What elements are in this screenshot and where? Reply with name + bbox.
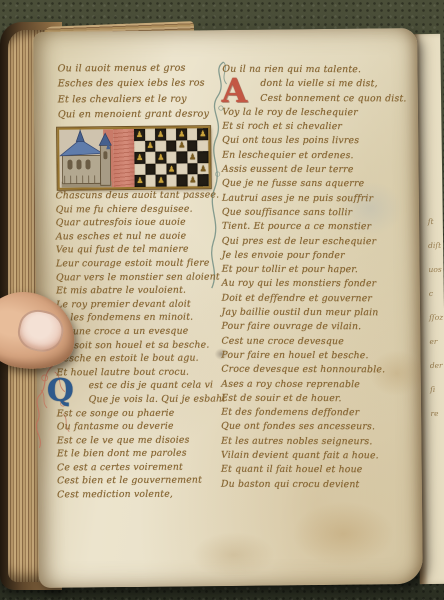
text-line: Qui ont tous les poins livres (222, 134, 420, 149)
board-square (166, 140, 177, 152)
board-square (145, 164, 156, 176)
text-line: Au roy qui les monstiers fonder (222, 277, 420, 292)
text-line: Que souffisance sans tollir (222, 206, 420, 221)
illuminated-initial-q: Q (47, 376, 74, 407)
chess-piece: ♟ (168, 165, 175, 173)
board-square (198, 140, 209, 152)
board-square: ♟ (156, 152, 167, 164)
board-square (177, 175, 188, 187)
text-line: Esches des quiex iebs les ros (58, 76, 230, 92)
text-line: Qui en menoient grant desroy (58, 107, 230, 123)
board-square (177, 163, 188, 175)
board-square (166, 129, 177, 141)
chess-piece: ♟ (157, 177, 164, 185)
text-line: De une croce a un evesque (56, 324, 232, 339)
chessboard: ♟♟♟♟♟♟♟♟♟♟♟♟♟♟ (134, 128, 209, 187)
text-line: Je les envoie pour fonder (222, 249, 420, 264)
right-column-lines: Ou il na rien qui ma talente.dont la vie… (221, 63, 420, 493)
board-square (187, 163, 198, 175)
text-line: Ou fantasme ou deverie (57, 420, 233, 435)
text-line: Cest une croce devesque (221, 334, 419, 349)
chess-piece: ♟ (199, 130, 206, 138)
text-line: Qui me fu chiere desguisee. (56, 202, 232, 217)
text-line: Quar autresfois ioue auoie (56, 216, 232, 231)
text-line: Qui pres est de leur eschequier (222, 234, 420, 249)
board-square: ♟ (135, 175, 146, 187)
text-line: Doit et deffendre et gouverner (222, 291, 420, 306)
text-line: Cest bonnement ce quon dist. (222, 91, 420, 106)
left-column-lines: Chascuns deus auoit tant passee.Qui me f… (56, 188, 234, 502)
board-square: ♟ (156, 175, 167, 187)
text-line: Lautrui ases je ne puis souffrir (222, 191, 420, 206)
text-line: Du baston qui crocu devient (221, 477, 419, 492)
text-line: Vilain devient quant fait a houe. (221, 449, 419, 464)
text-line: Ases a roy chose reprenable (221, 377, 419, 392)
text-line: dont la vielle si me dist, (222, 77, 420, 92)
text-line: Assis eussent de leur terre (222, 163, 420, 178)
chess-piece: ♟ (136, 177, 143, 185)
chess-piece: ♟ (147, 142, 154, 150)
text-line: Pour faire ouvrage de vilain. (221, 320, 419, 335)
board-square (187, 128, 198, 140)
text-line: Ou il auoit menus et gros (58, 60, 230, 76)
illuminated-initial-a: A (222, 74, 248, 107)
text-line: Aus esches et nul ne auoie (56, 229, 232, 244)
text-line: Besche en estoit le bout agu. (56, 352, 232, 367)
text-line: Et les chevaliers et le roy (58, 91, 230, 107)
text-line: Quar vers le monstier sen aloient (56, 270, 232, 285)
chess-piece: ♟ (157, 154, 164, 162)
text-line: Est de souir et de houer. (221, 392, 419, 407)
text-line: Tient. Et pource a ce monstier (222, 220, 420, 235)
chess-piece: ♟ (189, 153, 196, 161)
board-square (166, 152, 177, 164)
text-line: Jay baillie oustil dun meur plain (222, 306, 420, 321)
board-square (134, 164, 145, 176)
text-line: Et quant il fait houel et houe (221, 463, 419, 478)
chess-piece: ♟ (178, 142, 185, 150)
text-line: Le roy premier devant aloit (56, 297, 232, 312)
board-square (177, 152, 188, 164)
board-square (156, 163, 167, 175)
pink-wall-panel (113, 129, 135, 187)
board-square: ♟ (134, 152, 145, 164)
text-line: Cest mediction volente, (57, 487, 233, 502)
chess-piece: ♟ (178, 130, 185, 138)
text-line: Et les fondemens en minoit. (56, 311, 232, 326)
church-building-illustration (59, 129, 114, 188)
text-line: Ou il na rien qui ma talente. (222, 63, 420, 78)
text-line: Voy la le roy de leschequier (222, 106, 420, 121)
board-square (198, 151, 209, 163)
text-line: Est ce songe ou phaerie (57, 406, 233, 421)
text-line: Et mis abatre le vouloient. (56, 284, 232, 299)
text-line: Ce est a certes voirement (57, 460, 233, 475)
stain-blob (288, 498, 399, 569)
chess-piece: ♟ (189, 177, 196, 185)
text-line: Fussoit son houel et sa besche. (56, 338, 232, 353)
parchment-page: Ou il auoit menus et grosEsches des quie… (33, 28, 423, 588)
board-square (155, 140, 166, 152)
board-square: ♟ (187, 175, 198, 187)
board-square (166, 175, 177, 187)
board-square (134, 140, 145, 152)
board-square: ♟ (155, 129, 166, 141)
board-square (145, 175, 156, 187)
chess-piece: ♟ (136, 154, 143, 162)
text-line: Leur courage estoit moult fiere (56, 256, 232, 271)
board-square: ♟ (198, 128, 209, 140)
text-line: Que ont fondes ses ancesseurs. (221, 420, 419, 435)
chess-piece: ♟ (157, 130, 164, 138)
board-square: ♟ (145, 140, 156, 152)
text-line: Croce devesque est honnourable. (221, 363, 419, 378)
thumb-nail (14, 306, 67, 355)
text-line: Et le bien dont me paroles (57, 447, 233, 462)
text-line: est ce dis je quant cela vi (57, 379, 233, 394)
chess-piece: ♟ (136, 131, 143, 139)
text-line: Veu qui fust de tel maniere (56, 243, 232, 258)
text-line: Et houel lautre bout crocu. (56, 365, 232, 380)
manuscript-photo: ſt diſt uos c ſſoz er der ſi re Ou il au… (0, 0, 444, 600)
board-square: ♟ (134, 129, 145, 141)
board-square: ♟ (198, 163, 209, 175)
text-line: Chascuns deus auoit tant passee. (56, 188, 232, 203)
text-line: Est ce le ve que me disoies (57, 433, 233, 448)
text-line: Que je ne fusse sans aquerre (222, 177, 420, 192)
text-line: Et si roch et si chevalier (222, 120, 420, 135)
board-square: ♟ (177, 140, 188, 152)
text-line: Que je vois la. Qui je esbahi (57, 392, 233, 407)
text-line: Cest bien et le gouvernement (57, 474, 233, 489)
board-square (187, 140, 198, 152)
board-square (145, 129, 156, 141)
text-line: Pour faire en houel et besche. (221, 349, 419, 364)
board-square (145, 152, 156, 164)
text-line: Et les autres nobles seigneurs. (221, 434, 419, 449)
stain-blob (188, 529, 279, 580)
text-line: Et pour tollir et pour haper. (222, 263, 420, 278)
text-line: En leschequier et ordenes. (222, 148, 420, 163)
board-square: ♟ (176, 128, 187, 140)
chess-piece: ♟ (200, 165, 207, 173)
board-square (198, 175, 209, 187)
miniature-illustration: ♟♟♟♟♟♟♟♟♟♟♟♟♟♟ (57, 126, 211, 190)
text-line: Et des fondemens deffonder (221, 406, 419, 421)
board-square: ♟ (166, 163, 177, 175)
board-square: ♟ (187, 151, 198, 163)
left-column-top-lines: Ou il auoit menus et grosEsches des quie… (58, 60, 230, 123)
